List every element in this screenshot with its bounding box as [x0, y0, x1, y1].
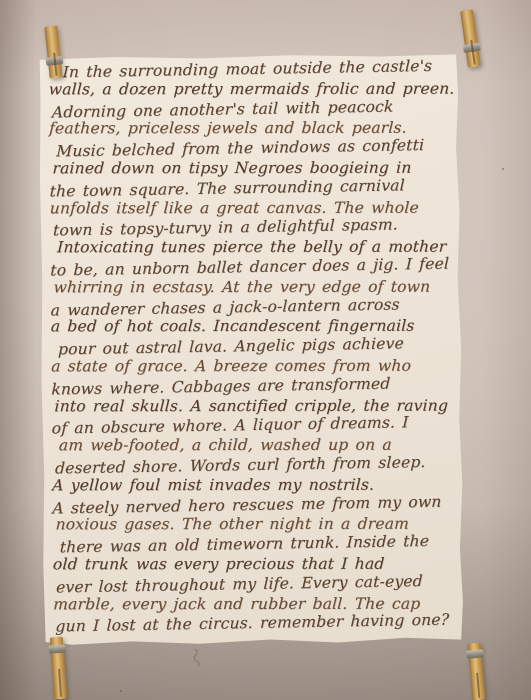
wall-speck: [120, 690, 122, 692]
clothespin-spring: [46, 56, 64, 66]
clothespin-spring: [463, 43, 481, 53]
wall-speck: [502, 168, 504, 170]
manuscript-text: In the surrounding moat outside the cast…: [48, 58, 458, 641]
photo-of-handwritten-page: In the surrounding moat outside the cast…: [0, 0, 531, 700]
stray-mark: [186, 648, 204, 670]
handwritten-page: In the surrounding moat outside the cast…: [38, 53, 464, 647]
clothespin-spring: [48, 644, 66, 653]
clothespin-spring: [466, 649, 484, 658]
